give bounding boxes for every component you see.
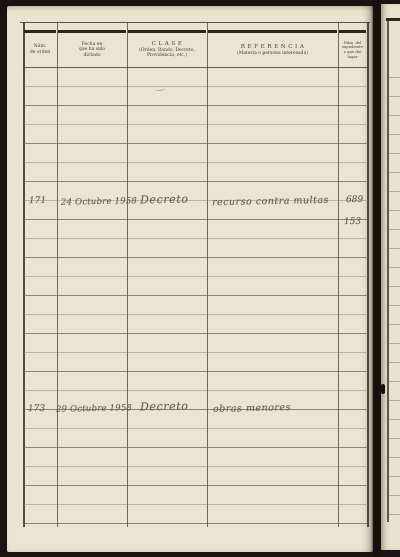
entry-fecha: 29 Octubre 1958 bbox=[56, 403, 132, 415]
entry-expediente: 153 bbox=[344, 217, 361, 227]
header-title: C L A S E bbox=[152, 41, 183, 48]
header-clase: C L A S E (Orden, Bando, Decreto, Provid… bbox=[128, 30, 206, 67]
header-fecha: Fecha en que ha sido dictado bbox=[58, 30, 126, 67]
facing-page-edge bbox=[381, 4, 400, 550]
entry-clase: Decreto bbox=[140, 399, 189, 413]
ledger-page: Núm. de orden Fecha en que ha sido dicta… bbox=[7, 6, 373, 552]
entry-fecha: 24 Octubre 1958 bbox=[61, 196, 137, 208]
header-num-orden: Núm. de orden bbox=[24, 30, 56, 67]
table-top-rule bbox=[20, 22, 370, 23]
header-text: lugar bbox=[347, 55, 357, 60]
facing-page-ruled-rows bbox=[388, 59, 400, 519]
header-text: Providencia, etc.) bbox=[147, 53, 187, 59]
entry-num: 173 bbox=[28, 404, 45, 414]
entry-expediente: 689 bbox=[346, 195, 363, 205]
header-num-expediente: Núm. del expediente a que dió lugar bbox=[339, 30, 366, 67]
header-text: (Materia o persona interesada) bbox=[237, 51, 308, 57]
header-referencia: R E F E R E N C I A (Materia o persona i… bbox=[208, 30, 337, 67]
entry-referencia: obras menores bbox=[213, 402, 291, 415]
header-text: de orden bbox=[30, 50, 50, 56]
header-title: R E F E R E N C I A bbox=[241, 44, 305, 51]
gutter-ink-mark bbox=[381, 384, 385, 394]
scanned-ledger-photo: Núm. de orden Fecha en que ha sido dicta… bbox=[0, 0, 400, 557]
entry-clase: Decreto bbox=[140, 192, 189, 206]
header-text: dictado bbox=[84, 53, 101, 59]
ruled-rows bbox=[23, 67, 368, 525]
entry-num: 171 bbox=[29, 196, 46, 206]
